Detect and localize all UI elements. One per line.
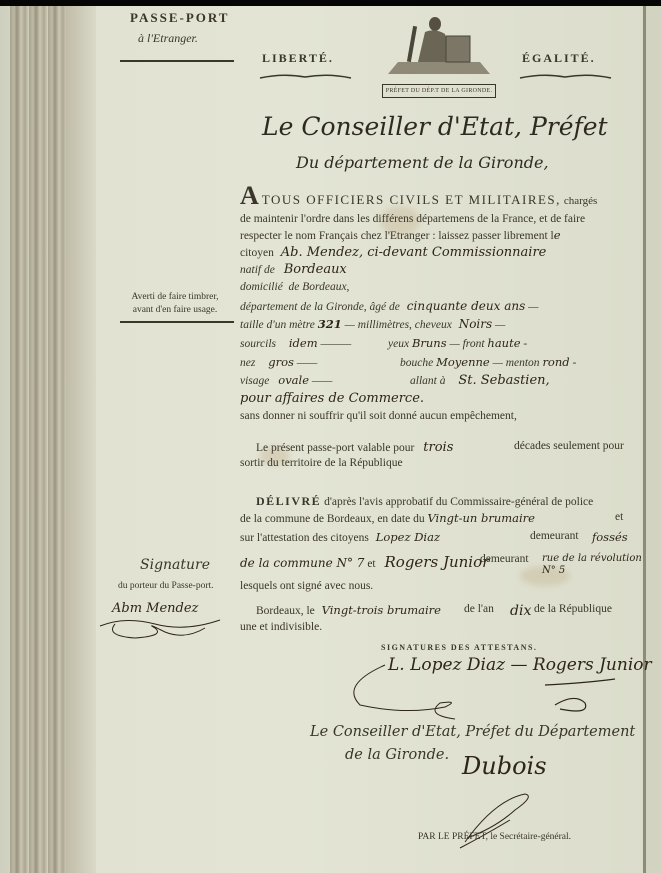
delivery-caps: DÉLIVRÉ [256,494,321,508]
front-label: — front [450,338,485,350]
minerva-seated-icon [380,14,498,86]
intro-caps: TOUS OFFICIERS CIVILS ET MILITAIRES, [262,192,561,207]
validity-suffix: décades seulement pour [514,440,624,452]
intro-text: chargés [564,195,597,207]
motto-egalite: ÉGALITÉ. [522,51,596,66]
secretary-line: PAR LE PRÉFET, le Secrétaire-général. [418,832,571,842]
stamp-note-2: avant d'en faire usage. [110,304,240,317]
intro-line-2: de maintenir l'ordre dans les différens … [240,211,640,227]
flourish-left [258,71,353,81]
nez-label: nez [240,357,255,369]
hand-gender-ending: e [554,228,561,242]
delivery-et: et [615,511,623,523]
delivery-line-3: sur l'attestation des citoyens Lopez Dia… [240,530,640,544]
natif-value: Bordeaux [284,262,347,277]
departement-label: département de la Gironde, âgé de [240,301,400,313]
margin-rule [120,321,234,323]
delivery-line-5: lesquels ont signé avec nous. [240,580,373,592]
mm-label: — millimètres, cheveux [345,319,452,331]
signature-heading: Signature [140,557,210,573]
allant-value: St. Sebastien, [458,373,549,388]
sourcils-label: sourcils [240,338,276,350]
field-age: département de la Gironde, âgé de cinqua… [240,299,538,313]
purpose-value: pour affaires de Commerce. [240,391,424,406]
attestants-heading: SIGNATURES DES ATTESTANS. [381,643,537,652]
delivery-line-1: DÉLIVRÉ d'après l'avis approbatif du Com… [256,494,593,509]
demeurant-1-value: fossés [592,530,628,544]
demeurant-1-label: demeurant [530,530,579,542]
passport-type: PASSE-PORT [130,10,229,26]
demeurant-2-value: rue de la révolution N° 5 [542,553,647,577]
sourcils-value: idem [289,336,318,350]
year-prefix: de l'an [464,603,494,615]
visage-label: visage [240,375,269,387]
front-value: haute [487,336,520,350]
gutter-shadow [66,6,96,873]
yeux-value: Bruns [412,336,447,350]
police-date-value: Vingt-un brumaire [427,511,535,525]
validity-line-2: sortir du territoire de la République [240,457,403,469]
issue-day-value: Vingt-trois brumaire [322,603,441,617]
place-date-line-2: une et indivisible. [240,621,322,633]
address-continuation: de la commune N° 7 [240,556,364,570]
bearer-paraph [95,614,230,644]
drop-cap: A [240,181,259,210]
place-date-line: Bordeaux, le Vingt-trois brumaire de l'a… [256,603,636,617]
delivery-line-4: de la commune N° 7 et Rogers Junior deme… [240,553,650,571]
domicile-label: domicilié [240,281,283,293]
witness-1-value: Lopez Diaz [376,530,440,544]
prefect-signature: Dubois [462,752,547,780]
delivery-text-1: d'après l'avis approbatif du Commissaire… [324,496,593,508]
field-nez-row: nez gros —— bouche Moyenne — menton rond… [240,355,640,369]
intro-paragraph: A TOUS OFFICIERS CIVILS ET MILITAIRES, c… [240,186,640,244]
document-subtitle: Du département de la Gironde, [296,153,549,172]
field-visage-row: visage ovale —— allant à St. Sebastien, [240,373,640,387]
prefecture-emblem: PRÉFET DU DÉP.T DE LA GIRONDE. [380,14,498,99]
signature-subheading: du porteur du Passe-port. [118,581,214,591]
visage-value: ovale [278,373,309,387]
domicile-value: de Bordeaux, [289,281,350,293]
year-value: dix [510,603,531,619]
stamp-notice: Averti de faire timbrer, avant d'en fair… [110,291,240,317]
field-domicile: domicilié de Bordeaux, [240,281,349,293]
cheveux-value: Noirs [459,317,492,331]
witness-flourishes [345,655,635,725]
passport-subtitle: à l'Etranger. [138,31,198,46]
closing-line: sans donner ni souffrir qu'il soit donné… [240,410,517,422]
age-value: cinquante deux ans [407,299,525,313]
menton-value: rond [542,355,569,369]
motto-liberte: LIBERTÉ. [262,51,334,66]
republic-label: de la République [534,603,612,615]
delivery-text-2: de la commune de Bordeaux, en date du [240,513,425,525]
delivery-et-2: et [367,558,375,570]
menton-label: — menton [493,357,540,369]
stamp-note-1: Averti de faire timbrer, [110,291,240,304]
delivery-text-3: sur l'attestation des citoyens [240,532,369,544]
citoyen-label: citoyen [240,247,274,259]
nez-value: gros [268,355,294,369]
field-citoyen: citoyen Ab. Mendez, ci-devant Commission… [240,245,546,260]
book-gutter [10,6,66,873]
bouche-label: bouche [400,357,433,369]
prefect-title-line-1: Le Conseiller d'Etat, Préfet du Départem… [310,724,635,740]
witness-2-value: Rogers Junior [385,553,490,571]
field-natif: natif de Bordeaux [240,262,347,277]
validity-prefix: Le présent passe-port valable pour [256,442,414,454]
emblem-caption: PRÉFET DU DÉP.T DE LA GIRONDE. [382,84,496,98]
validity-value: trois [423,440,453,455]
allant-label: allant à [410,375,445,387]
yeux-label: yeux [388,338,409,350]
document-title: Le Conseiller d'Etat, Préfet [262,112,608,141]
demeurant-2-label: demeurant [480,553,529,565]
field-taille: taille d'un mètre 321 — millimètres, che… [240,317,505,331]
flourish-right [518,71,613,81]
taille-label: taille d'un mètre [240,319,315,331]
taille-value: 321 [318,317,342,331]
delivery-line-2: de la commune de Bordeaux, en date du Vi… [240,511,630,525]
bouche-value: Moyenne [436,355,490,369]
prefect-title-line-2: de la Gironde. [345,747,449,763]
natif-label: natif de [240,264,275,276]
header-rule [120,60,234,62]
field-sourcils-row: sourcils idem ——— yeux Bruns — front hau… [240,336,640,350]
next-page-edge [646,6,661,873]
validity-line: Le présent passe-port valable pour trois… [256,440,646,455]
intro-line-3: respecter le nom Français chez l'Etrange… [240,230,554,242]
citoyen-value: Ab. Mendez, ci-devant Commissionnaire [281,245,547,260]
place-prefix: Bordeaux, le [256,605,315,617]
